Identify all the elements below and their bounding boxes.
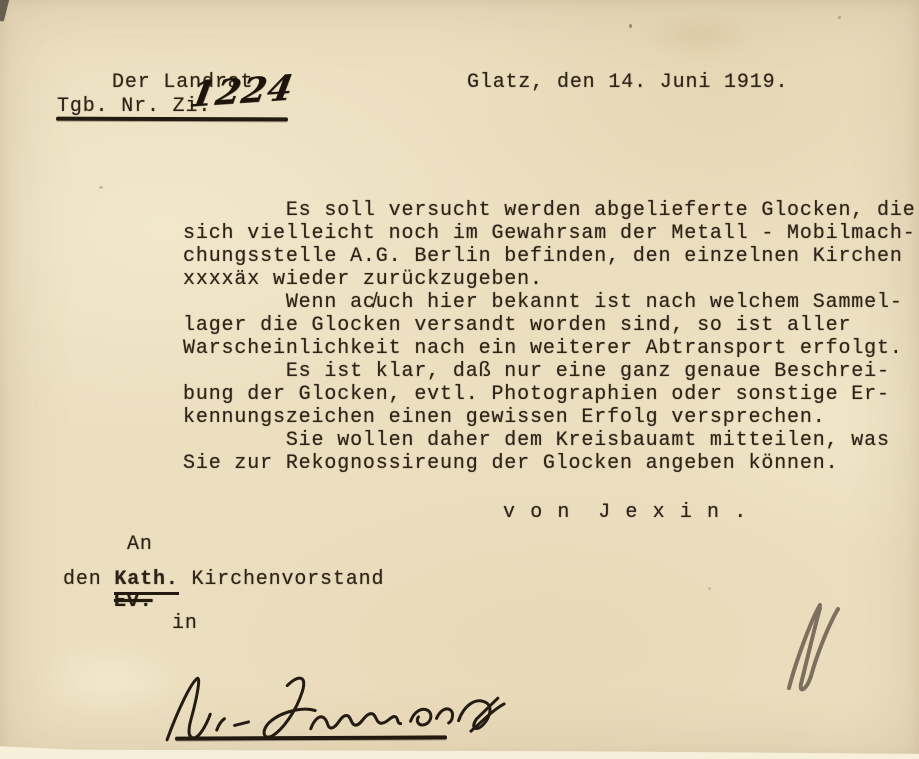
paper-speck [629, 24, 632, 28]
dateline: Glatz, den 14. Juni 1919. [467, 71, 788, 94]
recipient-salutation: An [127, 533, 153, 556]
letter-body: Es soll versucht werden abgelieferte Glo… [183, 199, 916, 475]
registry-underline [56, 117, 288, 122]
paper-stain [640, 10, 760, 60]
typed-signature: v o n J e x i n . [503, 501, 748, 524]
scan-edge-mark [0, 0, 10, 22]
paper-speck [99, 186, 103, 189]
paper-speck [708, 587, 711, 590]
denomination-struck: Ev. [114, 590, 153, 613]
recipient-line: den Kath. Kirchenvorstand [63, 568, 384, 591]
paper-bottom-edge [0, 742, 919, 759]
recipient-line-prefix: den [63, 568, 114, 591]
handwritten-registry-number: 1224 [187, 71, 296, 114]
handwritten-place-signature [152, 670, 512, 742]
letter-page: Der Landrat Tgb. Nr. Zi. 1224 Glatz, den… [0, 0, 919, 759]
recipient-line-suffix: Kirchenvorstand [179, 568, 385, 591]
pencil-initial-mark [779, 596, 849, 696]
paper-stain [30, 640, 190, 720]
recipient-preposition: in [172, 612, 198, 635]
paper-speck [838, 16, 841, 19]
